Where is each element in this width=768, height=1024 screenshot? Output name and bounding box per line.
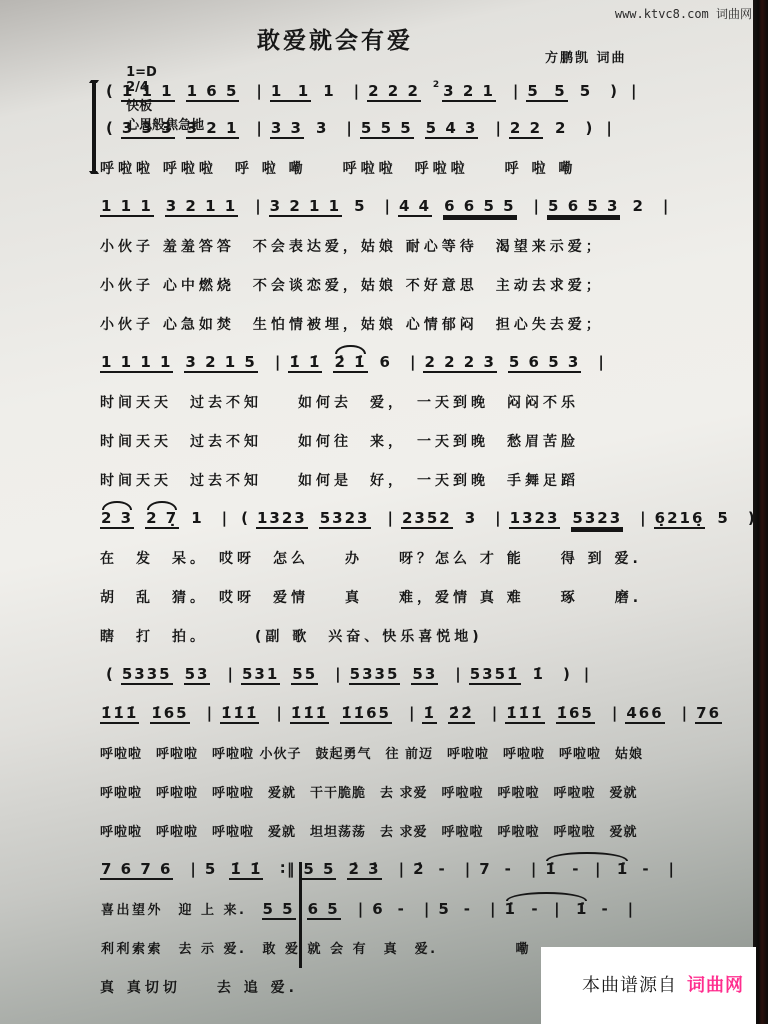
- score-line: 呼啦啦 呼啦啦 呼 啦 嘞 呼啦啦 呼啦啦 呼 啦 嘞: [100, 158, 660, 183]
- note-group: 1̇: [422, 704, 436, 724]
- note-group: 6̣216̣: [654, 509, 706, 529]
- composer-credit: 方鹏凯 词曲: [545, 47, 627, 66]
- note-group: 531: [241, 665, 280, 685]
- note-group: 1̇: [532, 665, 546, 683]
- note-group: 6: [371, 900, 385, 918]
- note-group: 2̇: [412, 860, 426, 878]
- note-group: 7: [478, 860, 492, 878]
- note-group: 4 4: [398, 197, 432, 217]
- barline: |: [387, 509, 396, 527]
- note-group: 1 1 1: [121, 82, 175, 102]
- barline: |: [630, 82, 639, 100]
- score-line: 呼啦啦 呼啦啦 呼啦啦 爱就 坦坦荡荡 去 求爱 呼啦啦 呼啦啦 呼啦啦 爱就: [100, 821, 660, 846]
- score-line: 2 32 7̣1|(13235323|23523|13235323|6̣216̣…: [100, 509, 660, 534]
- note-group: 2 3: [100, 509, 134, 529]
- note-group: 2̇ 1̇: [333, 353, 367, 373]
- note-group: 2 2 2: [367, 82, 421, 102]
- note-group: 5: [579, 82, 593, 100]
- barline: |: [275, 704, 284, 722]
- note-group: 1̇ - | 1̇: [544, 860, 630, 878]
- note-group: 5: [353, 197, 367, 215]
- note-group: -: [397, 900, 407, 918]
- note-group: 3: [464, 509, 478, 527]
- score-line: 小伙子 羞羞答答 不会表达爱，姑娘 耐心等待 渴望来示爱；: [100, 236, 660, 261]
- score-line: 时间天天 过去不知 如何往 来， 一天到晚 愁眉苦脸: [100, 431, 660, 456]
- note-group: 5 5: [526, 82, 567, 102]
- barline: |: [384, 197, 393, 215]
- note-group: 1̇1̇1̇: [290, 704, 329, 724]
- score-lines: (1 1 11 6 5|1 11|2 2 223 2 1|5 55)|(3 3 …: [100, 80, 660, 1016]
- note-group: 2̇2̇: [448, 704, 475, 724]
- barline: (: [105, 665, 116, 683]
- barline: |: [255, 119, 264, 137]
- lyric-fragment: 喜出望外 迎 上 来.: [100, 899, 248, 918]
- barline: ): [562, 665, 573, 683]
- lyric-fragment: 利利索索 去 示 爱.: [100, 938, 248, 957]
- barline: |: [353, 82, 362, 100]
- note-group: 2352: [401, 509, 453, 529]
- note-group: 2 7̣: [145, 509, 179, 529]
- score-line: 时间天天 过去不知 如何去 爱， 一天到晚 闷闷不乐: [100, 392, 660, 417]
- note-group: 5 4 3: [425, 119, 479, 139]
- barline: |: [605, 119, 614, 137]
- barline: |: [226, 665, 235, 683]
- barline: |: [409, 353, 418, 371]
- note-group: 1: [190, 509, 204, 527]
- barline: |: [189, 860, 198, 878]
- barline: |: [583, 665, 592, 683]
- sheet-music-page: www.ktvc8.com 词曲网 敢爱就会有爱 1=D 2/4 快板 心思般焦…: [0, 0, 768, 1024]
- note-group: 1̇1̇65: [340, 704, 392, 724]
- note-group: 5 6 5 3: [547, 197, 620, 217]
- note-group: 1̇65: [556, 704, 595, 724]
- barline: |: [491, 704, 500, 722]
- note-group: 5 5: [302, 860, 336, 880]
- note-group: 53: [184, 665, 211, 685]
- system-barline: [299, 862, 302, 968]
- score-line: 1 1 1 13 2 1 5|1̇ 1̇2̇ 1̇6|2 2 2 35 6 5 …: [100, 353, 660, 378]
- barline: |: [454, 665, 463, 683]
- note-group: 1 6 5: [186, 82, 240, 102]
- score-line: (533553|53155|533553|5351̇1̇)|: [100, 665, 660, 690]
- note-group: 1̇1̇1̇: [220, 704, 259, 724]
- note-group: 2 2: [509, 119, 543, 139]
- source-attribution: 本曲谱源自词曲网: [541, 947, 756, 1024]
- barline: |: [668, 860, 677, 878]
- barline: |: [597, 353, 606, 371]
- barline: |: [464, 860, 473, 878]
- note-group: -: [600, 900, 610, 918]
- note-group: 5323: [319, 509, 371, 529]
- score-line: (3 3 33 2 1|3 33|5 5 55 4 3|2 22)|: [100, 119, 660, 144]
- attribution-prefix: 本曲谱源自: [582, 975, 677, 996]
- note-group: 5: [437, 900, 451, 918]
- score-line: 1 1 13 2 1 1|3 2 1 15|4 46 6 5 5|5 6 5 3…: [100, 197, 660, 222]
- score-line: 小伙子 心急如焚 生怕情被埋，姑娘 心情郁闷 担心失去爱；: [100, 314, 660, 339]
- score-line: 1̇1̇1̇1̇65|1̇1̇1̇|1̇1̇1̇1̇1̇65|1̇2̇2̇|1̇…: [100, 704, 660, 729]
- barline: |: [221, 509, 230, 527]
- note-group: 1323: [256, 509, 308, 529]
- barline: (: [105, 119, 116, 137]
- note-group: 2: [554, 119, 568, 137]
- note-group: 5 5 5: [360, 119, 414, 139]
- barline: ): [609, 82, 620, 100]
- barline: |: [512, 82, 521, 100]
- note-group: 1 1 1: [100, 197, 154, 217]
- note-group: 5 6 5 3: [508, 353, 581, 373]
- score-line: 呼啦啦 呼啦啦 呼啦啦 爱就 干干脆脆 去 求爱 呼啦啦 呼啦啦 呼啦啦 爱就: [100, 782, 660, 807]
- note-group: 1 1: [270, 82, 311, 102]
- note-group: -: [463, 900, 473, 918]
- note-group: 1̇ - | 1̇: [504, 900, 590, 918]
- photo-edge-strip: [753, 0, 768, 1024]
- note-group: 6 6 5 5: [443, 197, 516, 217]
- note-group: 3 2 1: [186, 119, 240, 139]
- note-group: 1̇ 1̇: [288, 353, 322, 373]
- barline: |: [408, 704, 417, 722]
- barline: |: [611, 704, 620, 722]
- barline: |: [681, 704, 690, 722]
- score-line: 胡 乱 猜。 哎呀 爱情 真 难，爱情 真 难 琢 磨.: [100, 587, 660, 612]
- barline: ∶‖: [279, 860, 297, 878]
- note-group: 3 3: [270, 119, 304, 139]
- note-group: 5335: [121, 665, 173, 685]
- note-group: 1̇65: [150, 704, 189, 724]
- key-signature: 1=D: [126, 65, 157, 80]
- note-group: 1: [322, 82, 336, 100]
- barline: |: [489, 900, 498, 918]
- note-group: 2: [631, 197, 645, 215]
- note-group: 3 2 1 5: [184, 353, 257, 373]
- score-line: 小伙子 心中燃烧 不会谈恋爱，姑娘 不好意思 主动去求爱；: [100, 275, 660, 300]
- score-line: 呼啦啦 呼啦啦 呼啦啦 小伙子 鼓起勇气 往 前迈 呼啦啦 呼啦啦 呼啦啦 姑娘: [100, 743, 660, 768]
- score-line: 在 发 呆。 哎呀 怎么 办 呀？怎么 才 能 得 到 爱.: [100, 548, 660, 573]
- barline: |: [345, 119, 354, 137]
- note-group: 5 5: [262, 900, 296, 920]
- note-group: -: [438, 860, 448, 878]
- note-group: 3 3 3: [121, 119, 175, 139]
- note-group: 466: [625, 704, 664, 724]
- note-group: 2 2 2 3: [423, 353, 496, 373]
- note-group: 76: [695, 704, 722, 724]
- barline: |: [494, 509, 503, 527]
- note-group: -: [504, 860, 514, 878]
- note-group: 3 2 1 1: [269, 197, 342, 217]
- note-group: 7 6 7 6: [100, 860, 173, 880]
- note-group: 5323: [571, 509, 623, 529]
- barline: |: [533, 197, 542, 215]
- barline: |: [423, 900, 432, 918]
- barline: |: [255, 82, 264, 100]
- note-group: 5: [204, 860, 218, 878]
- attribution-brand: 词曲网: [687, 975, 744, 996]
- note-group: 2̇ 3̇: [347, 860, 381, 880]
- score-line: 7 6 7 6|51̇ 1̇∶‖5 52̇ 3̇|2̇-|7-|1̇ - | 1…: [100, 860, 660, 885]
- note-group: 55: [291, 665, 318, 685]
- note-group: 5335: [349, 665, 401, 685]
- score-line: 时间天天 过去不知 如何是 好， 一天到晚 手舞足蹈: [100, 470, 660, 495]
- barline: |: [334, 665, 343, 683]
- barline: |: [274, 353, 283, 371]
- barline: |: [398, 860, 407, 878]
- note-group: 3 2 1 1: [165, 197, 238, 217]
- barline: |: [357, 900, 366, 918]
- system-bracket: [92, 83, 101, 171]
- score-line: 瞎 打 拍。 (副 歌 兴奋、快乐喜悦地): [100, 626, 660, 651]
- barline: ): [584, 119, 595, 137]
- note-group: 6: [379, 353, 393, 371]
- barline: |: [254, 197, 263, 215]
- barline: |: [627, 900, 636, 918]
- note-group: 1̇1̇1̇: [100, 704, 139, 724]
- note-group: 1323: [509, 509, 561, 529]
- note-group: 6 5: [307, 900, 341, 920]
- note-group: 53: [411, 665, 438, 685]
- barline: |: [662, 197, 671, 215]
- note-group: 3 2 1: [442, 82, 496, 102]
- barline: |: [530, 860, 539, 878]
- note-group: 3: [315, 119, 329, 137]
- barline: |: [494, 119, 503, 137]
- note-group: 5351̇: [469, 665, 521, 685]
- note-group: 1̇ 1̇: [229, 860, 263, 880]
- barline: (: [240, 509, 251, 527]
- barline: |: [206, 704, 215, 722]
- lyric-fragment: 敢 爱 就 会 有 真 爱.: [262, 938, 439, 957]
- score-line: 喜出望外 迎 上 来.5 56 5|6-|5-|1̇ - | 1̇-|: [100, 899, 660, 924]
- barline: (: [105, 82, 116, 100]
- note-group: -: [641, 860, 651, 878]
- barline: |: [639, 509, 648, 527]
- note-group: 2: [432, 80, 440, 90]
- site-watermark: www.ktvc8.com 词曲网: [615, 5, 752, 22]
- note-group: 5: [716, 509, 730, 527]
- score-line: (1 1 11 6 5|1 11|2 2 223 2 1|5 55)|: [100, 80, 660, 105]
- lyric-fragment: 嘞: [453, 938, 533, 957]
- note-group: 1 1 1 1: [100, 353, 173, 373]
- note-group: 1̇1̇1̇: [505, 704, 544, 724]
